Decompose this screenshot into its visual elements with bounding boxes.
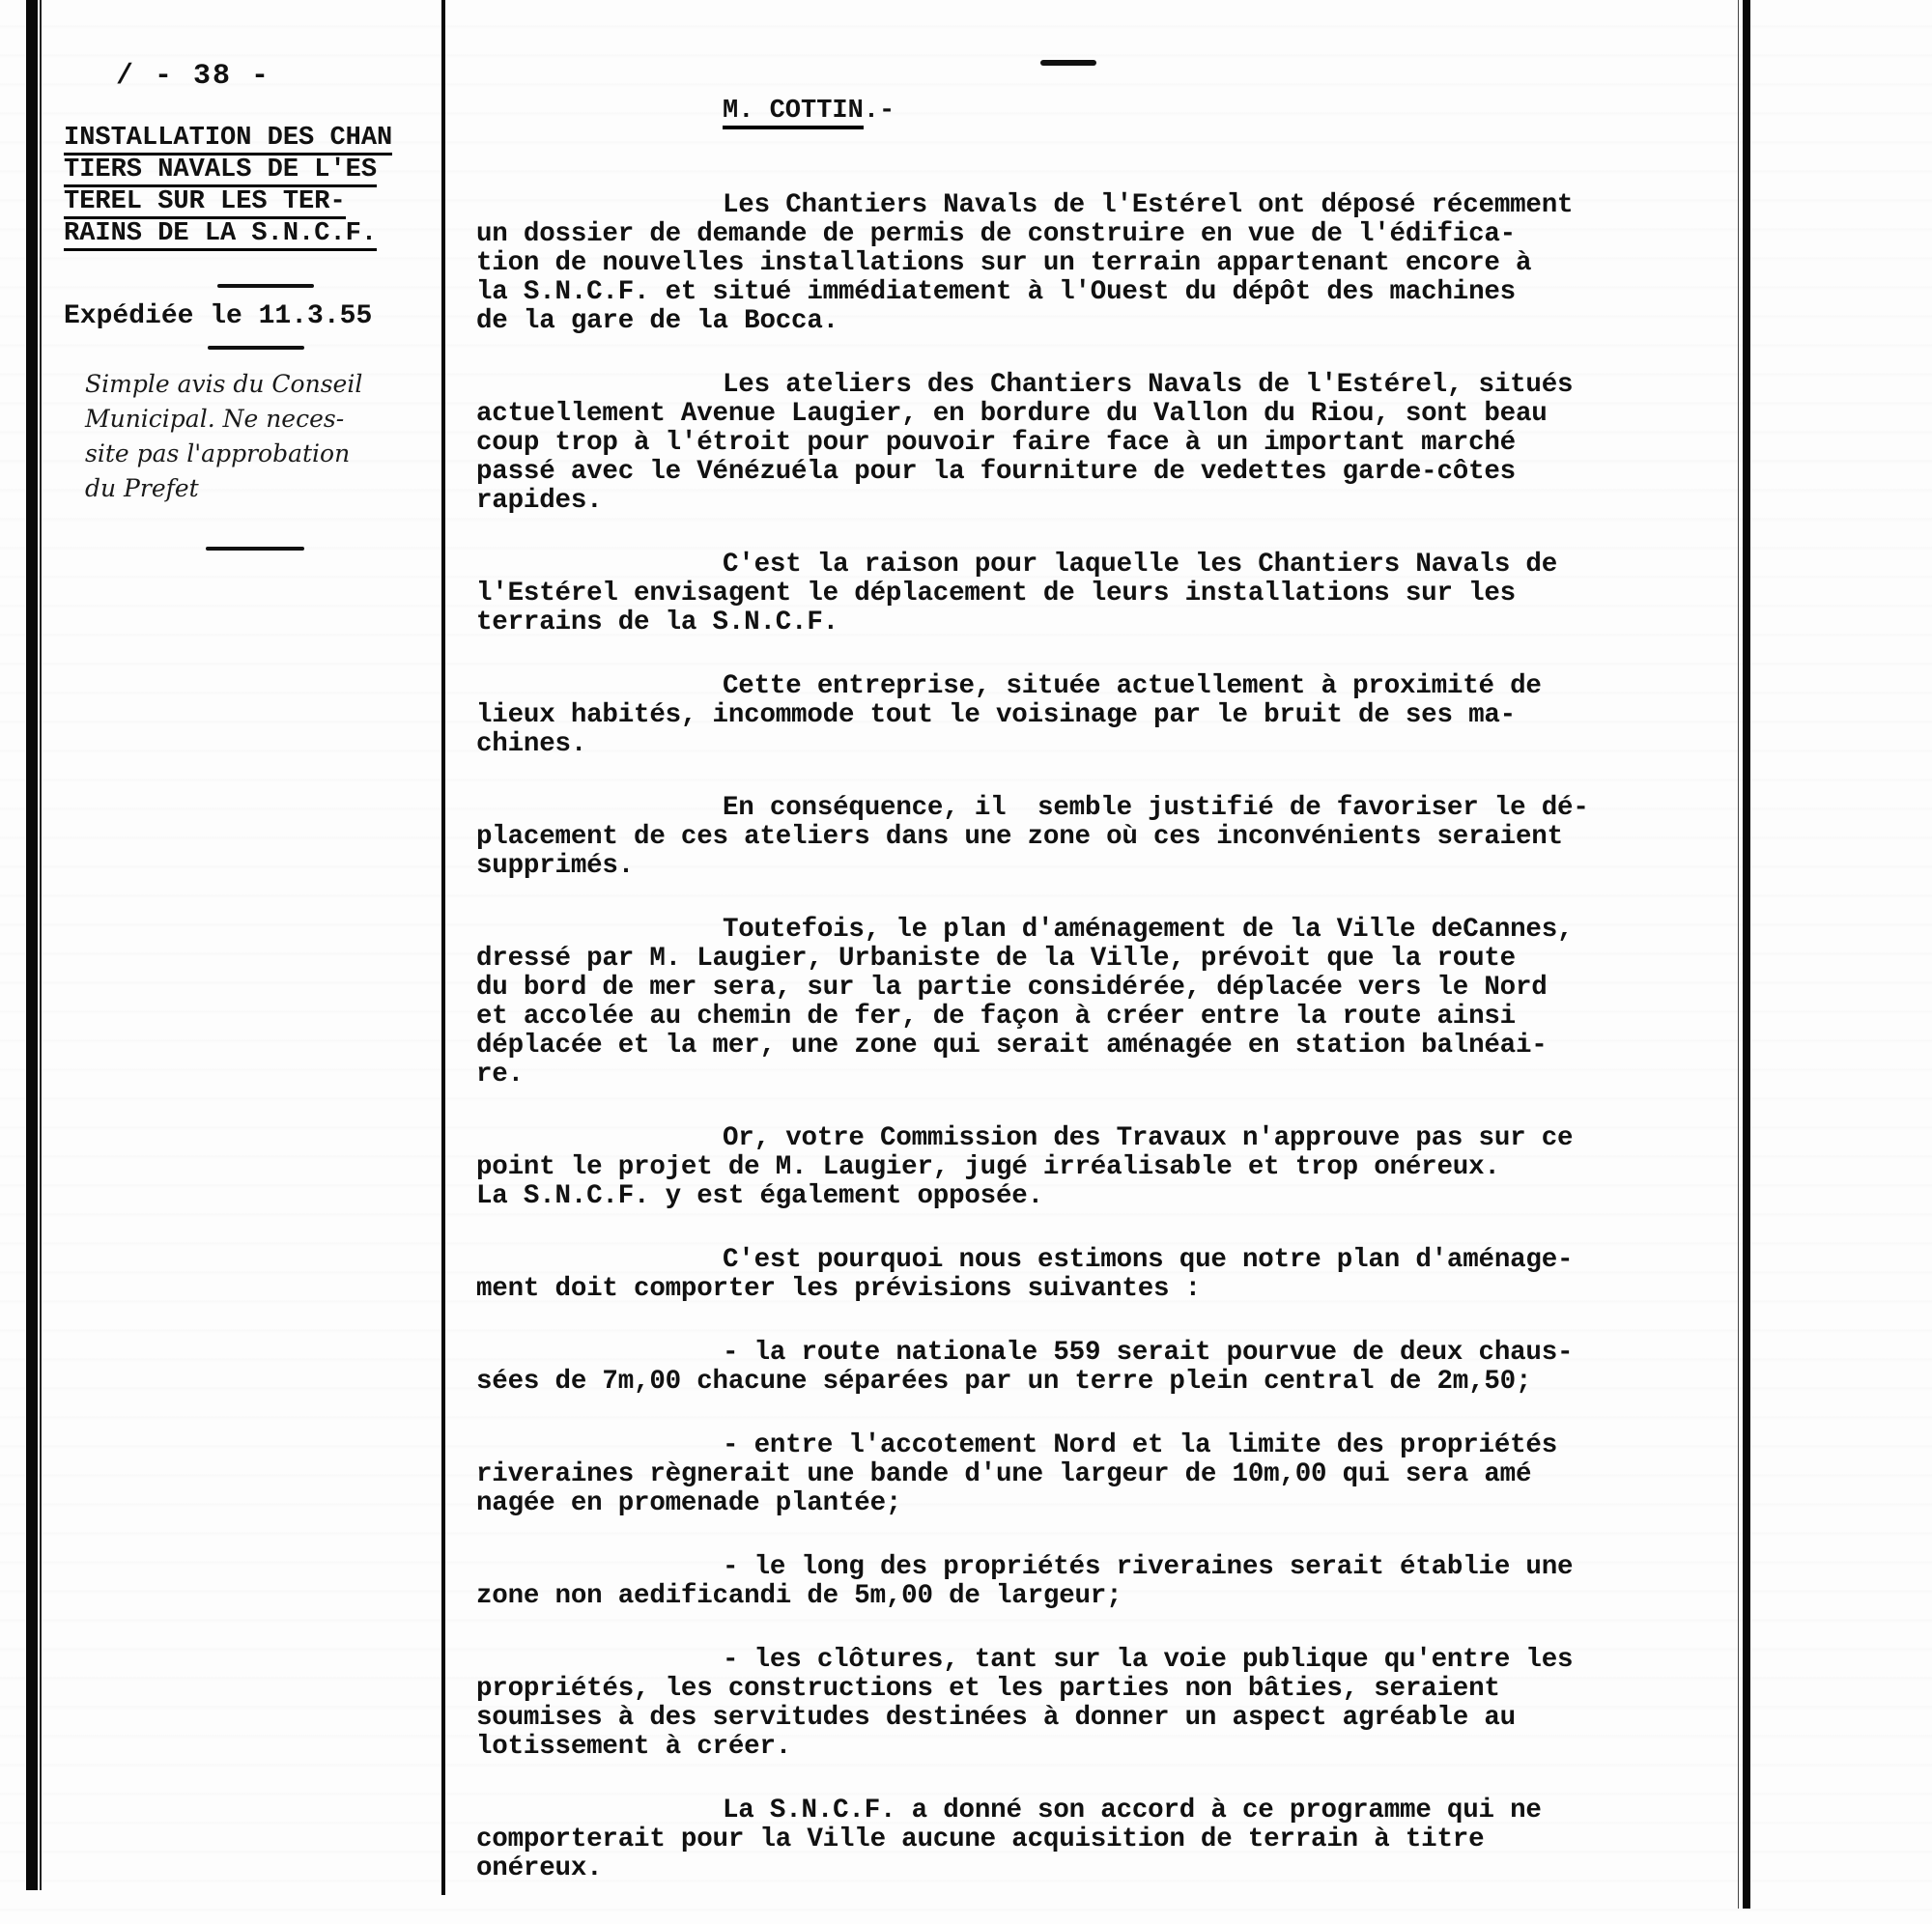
paragraph: - entre l'accotement Nord et la limite d… <box>476 1431 1742 1518</box>
subject-title-line: INSTALLATION DES CHAN <box>64 124 392 156</box>
text-line: re. <box>476 1061 1742 1089</box>
text-line: nagée en promenade plantée; <box>476 1489 1742 1518</box>
paragraph: - les clôtures, tant sur la voie publiqu… <box>476 1646 1742 1762</box>
subject-title-line: RAINS DE LA S.N.C.F. <box>64 219 377 251</box>
text-line: - les clôtures, tant sur la voie publiqu… <box>476 1646 1742 1675</box>
paragraph: Cette entreprise, située actuellement à … <box>476 672 1742 759</box>
paragraph: C'est la raison pour laquelle les Chanti… <box>476 551 1742 637</box>
paragraph: - la route nationale 559 serait pourvue … <box>476 1339 1742 1397</box>
text-line: tion de nouvelles installations sur un t… <box>476 249 1742 278</box>
page-number: / - 38 - <box>116 60 270 93</box>
text-line: un dossier de demande de permis de const… <box>476 220 1742 249</box>
text-line: du bord de mer sera, sur la partie consi… <box>476 974 1742 1003</box>
text-line: zone non aedificandi de 5m,00 de largeur… <box>476 1582 1742 1611</box>
text-line: lieux habités, incommode tout le voisina… <box>476 701 1742 730</box>
text-line: propriétés, les constructions et les par… <box>476 1675 1742 1704</box>
speaker-suffix: .- <box>864 97 895 126</box>
text-line: Les Chantiers Navals de l'Estérel ont dé… <box>476 191 1742 220</box>
left-margin-border-thick <box>26 0 38 1890</box>
handwritten-line: Municipal. Ne neces- <box>85 402 442 437</box>
separator-rule <box>208 346 304 350</box>
text-line: passé avec le Vénézuéla pour la fournitu… <box>476 458 1742 487</box>
handwritten-annotation: Simple avis du Conseil Municipal. Ne nec… <box>85 367 442 506</box>
handwritten-line: Simple avis du Conseil <box>85 367 442 402</box>
text-line: Or, votre Commission des Travaux n'appro… <box>476 1124 1742 1153</box>
text-line: - entre l'accotement Nord et la limite d… <box>476 1431 1742 1460</box>
text-line: dressé par M. Laugier, Urbaniste de la V… <box>476 945 1742 974</box>
sent-date: Expédiée le 11.3.55 <box>64 301 372 331</box>
handwritten-line: site pas l'approbation <box>85 437 442 471</box>
paragraph: Les Chantiers Navals de l'Estérel ont dé… <box>476 191 1742 336</box>
text-line: - le long des propriétés riveraines sera… <box>476 1553 1742 1582</box>
subject-title-line: TIERS NAVALS DE L'ES <box>64 156 377 187</box>
text-line: - la route nationale 559 serait pourvue … <box>476 1339 1742 1368</box>
document-body: Les Chantiers Navals de l'Estérel ont dé… <box>476 191 1742 1918</box>
margin-column-divider <box>441 0 445 1895</box>
paragraph: C'est pourquoi nous estimons que notre p… <box>476 1246 1742 1304</box>
text-line: C'est pourquoi nous estimons que notre p… <box>476 1246 1742 1275</box>
text-line: déplacée et la mer, une zone qui serait … <box>476 1032 1742 1061</box>
paragraph: La S.N.C.F. a donné son accord à ce prog… <box>476 1797 1742 1883</box>
text-line: supprimés. <box>476 852 1742 881</box>
text-line: actuellement Avenue Laugier, en bordure … <box>476 400 1742 429</box>
separator-rule <box>206 547 304 551</box>
subject-title-line: TEREL SUR LES TER- <box>64 187 346 219</box>
text-line: onéreux. <box>476 1854 1742 1883</box>
text-line: ment doit comporter les prévisions suiva… <box>476 1275 1742 1304</box>
text-line: de la gare de la Bocca. <box>476 307 1742 336</box>
speaker-name: M. COTTIN <box>723 97 864 129</box>
text-line: Cette entreprise, située actuellement à … <box>476 672 1742 701</box>
top-dash-mark <box>1040 60 1096 66</box>
text-line: placement de ces ateliers dans une zone … <box>476 823 1742 852</box>
text-line: l'Estérel envisagent le déplacement de l… <box>476 580 1742 608</box>
text-line: sées de 7m,00 chacune séparées par un te… <box>476 1368 1742 1397</box>
subject-title: INSTALLATION DES CHAN TIERS NAVALS DE L'… <box>64 124 460 251</box>
text-line: rapides. <box>476 487 1742 516</box>
paragraph: En conséquence, il semble justifié de fa… <box>476 794 1742 881</box>
text-line: Toutefois, le plan d'aménagement de la V… <box>476 916 1742 945</box>
right-border-thick <box>1743 0 1750 1909</box>
left-margin-border-thin <box>40 0 42 1890</box>
text-line: et accolée au chemin de fer, de façon à … <box>476 1003 1742 1032</box>
paragraph: Les ateliers des Chantiers Navals de l'E… <box>476 371 1742 516</box>
text-line: soumises à des servitudes destinées à do… <box>476 1704 1742 1733</box>
text-line: La S.N.C.F. y est également opposée. <box>476 1182 1742 1211</box>
text-line: lotissement à créer. <box>476 1733 1742 1762</box>
text-line: La S.N.C.F. a donné son accord à ce prog… <box>476 1797 1742 1825</box>
text-line: chines. <box>476 730 1742 759</box>
text-line: coup trop à l'étroit pour pouvoir faire … <box>476 429 1742 458</box>
text-line: comporterait pour la Ville aucune acquis… <box>476 1825 1742 1854</box>
separator-rule <box>217 284 314 288</box>
handwritten-line: du Prefet <box>85 471 442 506</box>
text-line: riveraines règnerait une bande d'une lar… <box>476 1460 1742 1489</box>
text-line: En conséquence, il semble justifié de fa… <box>476 794 1742 823</box>
text-line: la S.N.C.F. et situé immédiatement à l'O… <box>476 278 1742 307</box>
speaker-heading: M. COTTIN.- <box>723 97 895 126</box>
paragraph: - le long des propriétés riveraines sera… <box>476 1553 1742 1611</box>
text-line: Les ateliers des Chantiers Navals de l'E… <box>476 371 1742 400</box>
text-line: C'est la raison pour laquelle les Chanti… <box>476 551 1742 580</box>
paragraph: Toutefois, le plan d'aménagement de la V… <box>476 916 1742 1089</box>
text-line: terrains de la S.N.C.F. <box>476 608 1742 637</box>
paragraph: Or, votre Commission des Travaux n'appro… <box>476 1124 1742 1211</box>
text-line: point le projet de M. Laugier, jugé irré… <box>476 1153 1742 1182</box>
